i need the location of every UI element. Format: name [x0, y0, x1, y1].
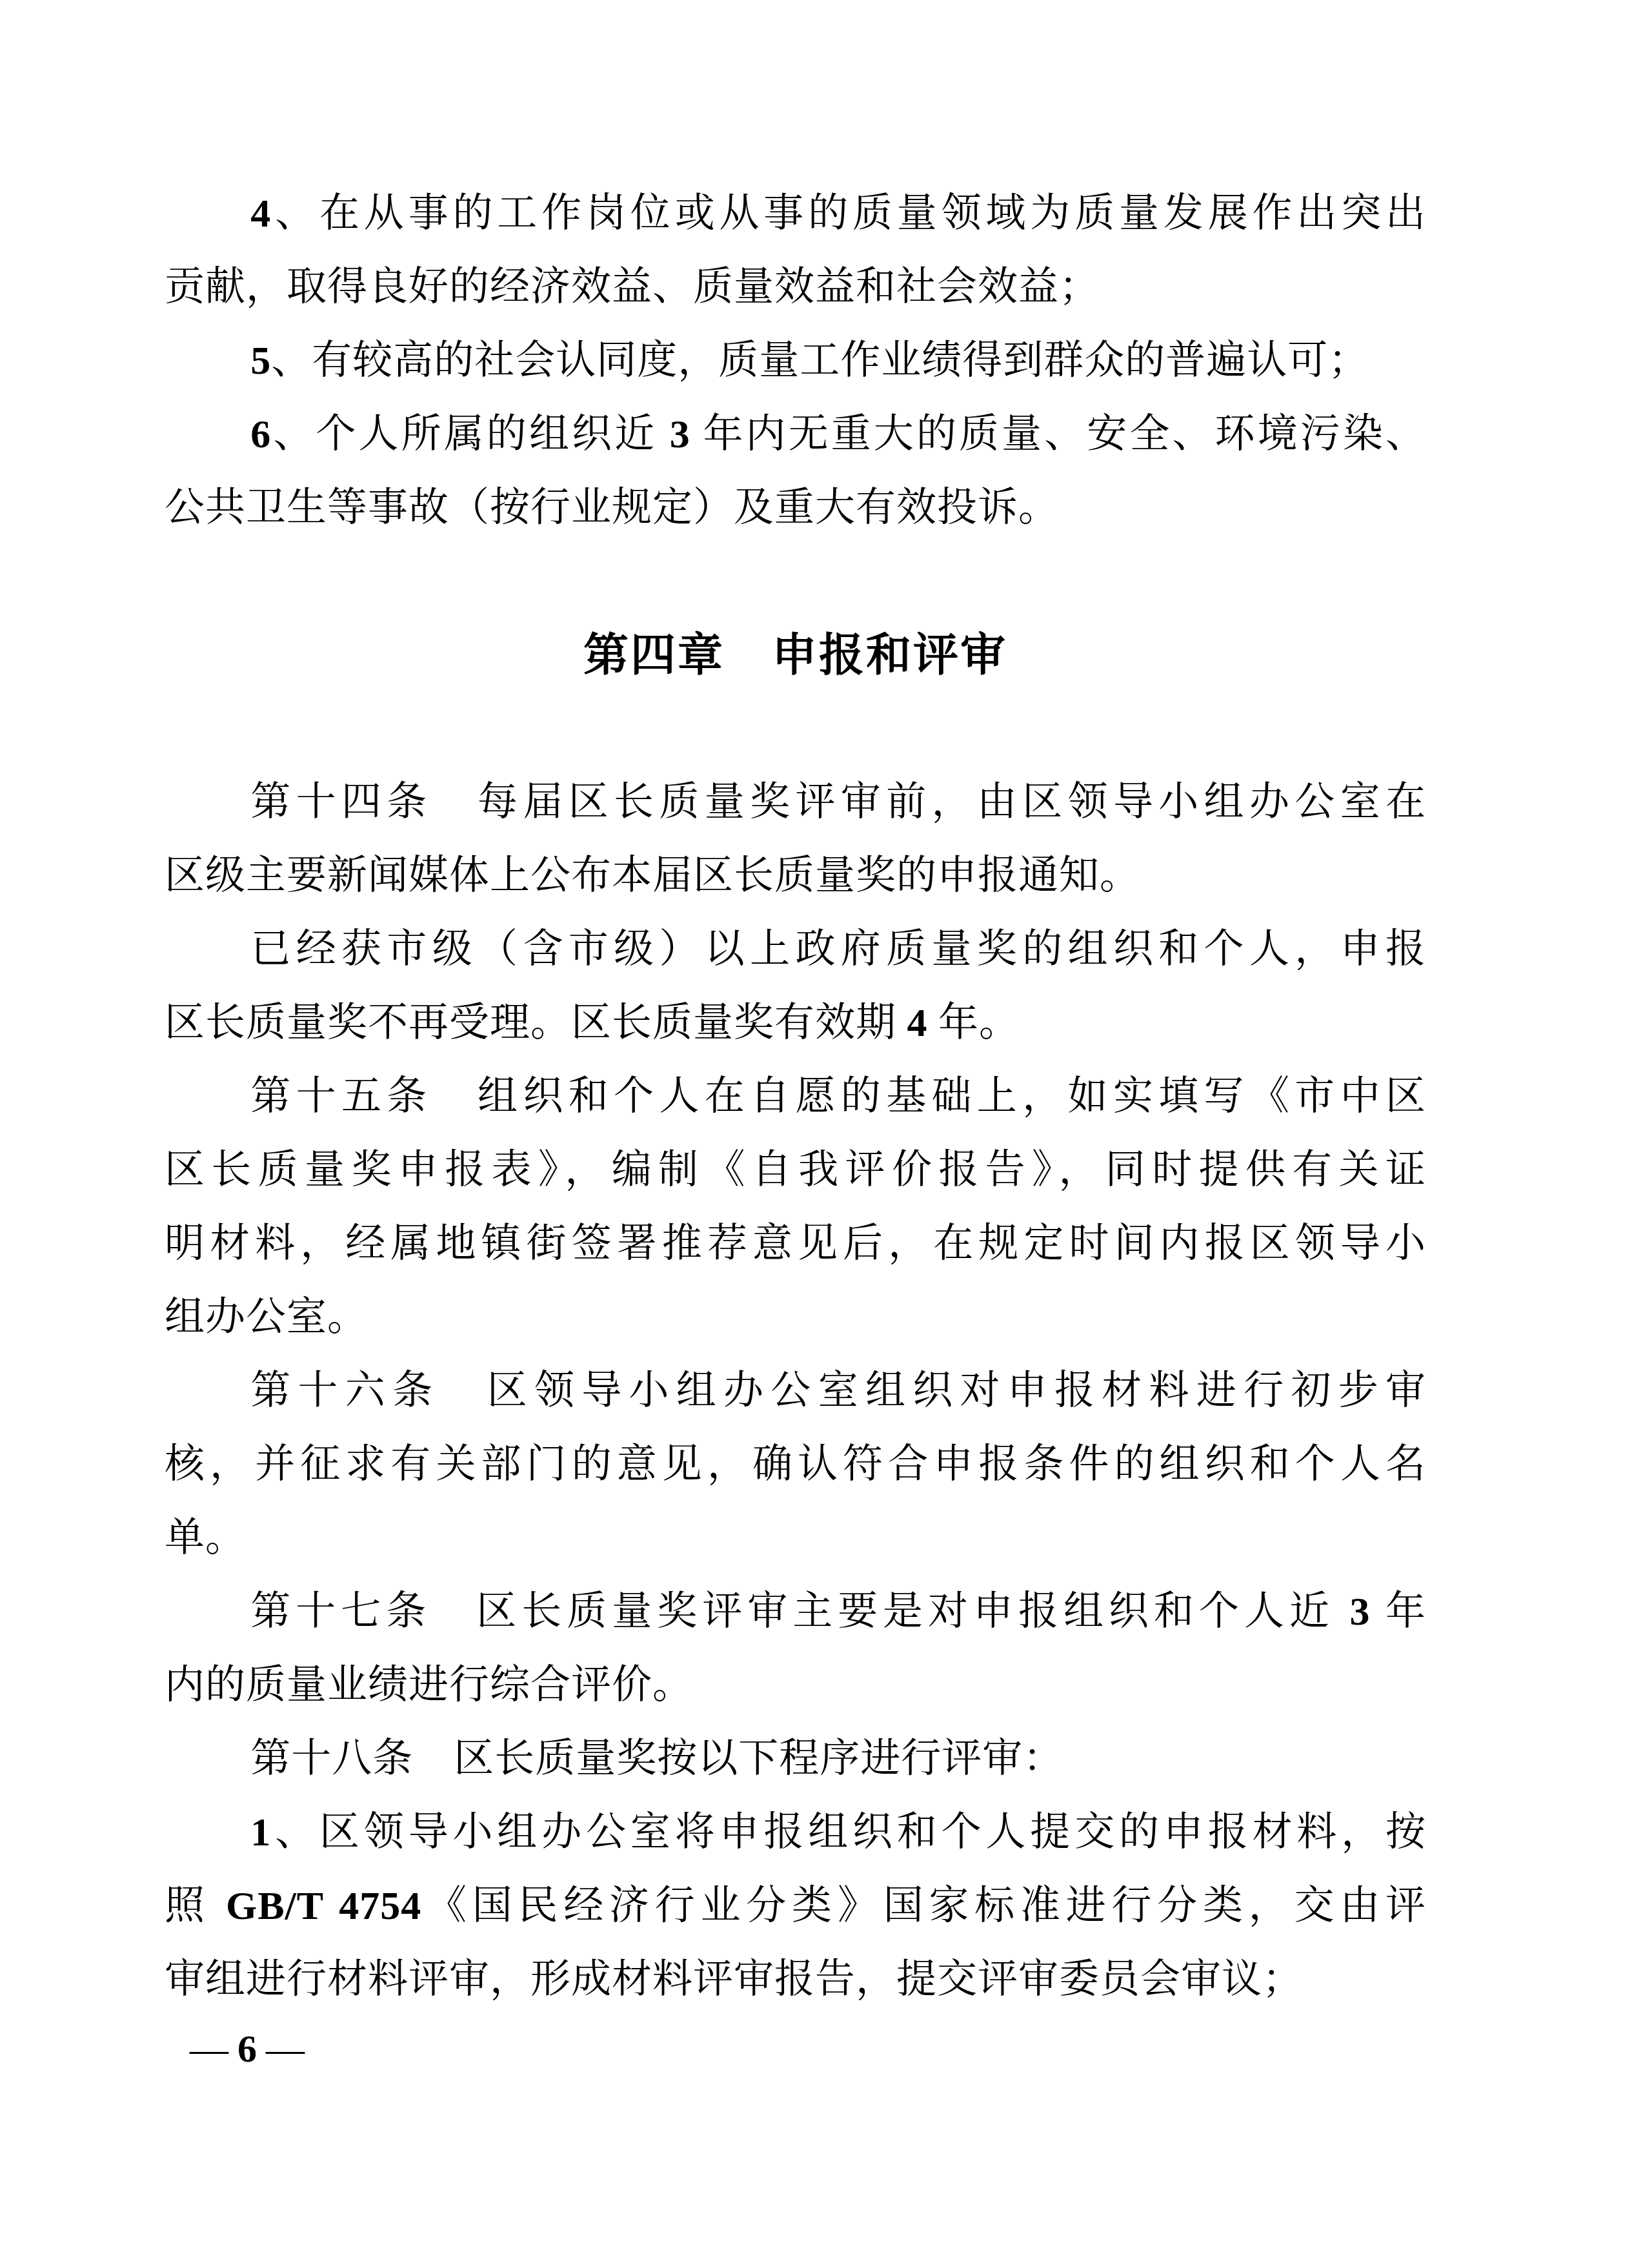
text-segment: 第十六条 区领导小组办公室组织对申报材料进行初步审	[250, 1369, 1426, 1413]
text-line: 第十八条 区长质量奖按以下程序进行评审：	[165, 1722, 1426, 1796]
chapter-heading: 第四章 申报和评审	[165, 618, 1426, 692]
text-line: 第十五条 组织和个人在自愿的基础上，如实填写《市中区	[165, 1060, 1426, 1133]
latin-number-segment: 3	[670, 412, 690, 456]
text-segment: 年内无重大的质量、安全、环境污染、	[690, 412, 1426, 456]
text-line: 6、个人所属的组织近 3 年内无重大的质量、安全、环境污染、	[165, 398, 1426, 471]
latin-number-segment: 3	[1349, 1590, 1370, 1634]
page-number-dash-right: —	[258, 2027, 314, 2070]
text-segment: 单。	[165, 1516, 246, 1560]
page-number-value: 6	[237, 2027, 258, 2070]
text-segment: 明材料，经属地镇街签署推荐意见后，在规定时间内报区领导小	[165, 1222, 1426, 1266]
text-segment: 核，并征求有关部门的意见，确认符合申报条件的组织和个人名	[165, 1443, 1426, 1487]
page-number-dash-left: —	[182, 2027, 237, 2070]
latin-number-segment: 4	[250, 192, 271, 236]
text-segment: 年。	[928, 1001, 1020, 1045]
text-segment: 、个人所属的组织近	[271, 412, 670, 456]
text-line: 区长质量奖不再受理。区长质量奖有效期 4 年。	[165, 986, 1426, 1060]
latin-number-segment: 4	[907, 1001, 928, 1045]
scanned-document: { "document": { "heading": "第四章 申报和评审", …	[0, 0, 1652, 2263]
text-segment: 第十七条 区长质量奖评审主要是对申报组织和个人近	[250, 1590, 1349, 1634]
body-section-main: 第十四条 每届区长质量奖评审前，由区领导小组办公室在区级主要新闻媒体上公布本届区…	[165, 766, 1426, 2016]
text-segment: 第十八条 区长质量奖按以下程序进行评审：	[250, 1737, 1063, 1781]
text-segment: 区长质量奖申报表》，编制《自我评价报告》，同时提供有关证	[165, 1148, 1426, 1192]
text-segment: 、有较高的社会认同度，质量工作业绩得到群众的普遍认可；	[271, 339, 1369, 383]
text-line: 区级主要新闻媒体上公布本届区长质量奖的申报通知。	[165, 839, 1426, 913]
text-line: 已经获市级（含市级）以上政府质量奖的组织和个人，申报	[165, 913, 1426, 986]
document-page: 4、在从事的工作岗位或从事的质量领域为质量发展作出突出贡献，取得良好的经济效益、…	[0, 0, 1652, 2263]
text-line: 组办公室。	[165, 1281, 1426, 1354]
text-line: 单。	[165, 1501, 1426, 1575]
text-line: 审组进行材料评审，形成材料评审报告，提交评审委员会审议；	[165, 1943, 1426, 2016]
text-segment: 贡献，取得良好的经济效益、质量效益和社会效益；	[165, 265, 1100, 309]
latin-number-segment: 5	[250, 339, 271, 383]
text-line: 公共卫生等事故（按行业规定）及重大有效投诉。	[165, 471, 1426, 545]
text-line: 贡献，取得良好的经济效益、质量效益和社会效益；	[165, 250, 1426, 324]
text-segment: 区级主要新闻媒体上公布本届区长质量奖的申报通知。	[165, 854, 1140, 898]
text-segment: 已经获市级（含市级）以上政府质量奖的组织和个人，申报	[250, 928, 1426, 971]
text-segment: 组办公室。	[165, 1295, 368, 1339]
document-body: 4、在从事的工作岗位或从事的质量领域为质量发展作出突出贡献，取得良好的经济效益、…	[165, 177, 1426, 2016]
text-line: 照 GB/T 4754《国民经济行业分类》国家标准进行分类，交由评	[165, 1869, 1426, 1943]
text-segment: 内的质量业绩进行综合评价。	[165, 1663, 693, 1707]
page-number: —6—	[182, 2025, 314, 2072]
text-line: 5、有较高的社会认同度，质量工作业绩得到群众的普遍认可；	[165, 324, 1426, 398]
text-segment: 《国民经济行业分类》国家标准进行分类，交由评	[421, 1884, 1426, 1928]
latin-number-segment: 1	[250, 1811, 271, 1854]
text-segment: 、在从事的工作岗位或从事的质量领域为质量发展作出突出	[271, 192, 1426, 236]
text-line: 区长质量奖申报表》，编制《自我评价报告》，同时提供有关证	[165, 1133, 1426, 1207]
text-segment: 年	[1370, 1590, 1426, 1634]
text-line: 内的质量业绩进行综合评价。	[165, 1649, 1426, 1722]
text-segment: 照	[165, 1884, 226, 1928]
text-segment: 第十四条 每届区长质量奖评审前，由区领导小组办公室在	[250, 780, 1426, 824]
text-line: 4、在从事的工作岗位或从事的质量领域为质量发展作出突出	[165, 177, 1426, 250]
text-line: 核，并征求有关部门的意见，确认符合申报条件的组织和个人名	[165, 1428, 1426, 1501]
latin-number-segment: 6	[250, 412, 271, 456]
text-segment: 第十五条 组织和个人在自愿的基础上，如实填写《市中区	[250, 1075, 1426, 1119]
text-segment: 审组进行材料评审，形成材料评审报告，提交评审委员会审议；	[165, 1958, 1303, 2002]
latin-number-segment: GB/T 4754	[226, 1884, 421, 1928]
body-section-top: 4、在从事的工作岗位或从事的质量领域为质量发展作出突出贡献，取得良好的经济效益、…	[165, 177, 1426, 545]
text-line: 1、区领导小组办公室将申报组织和个人提交的申报材料，按	[165, 1796, 1426, 1869]
text-line: 第十七条 区长质量奖评审主要是对申报组织和个人近 3 年	[165, 1575, 1426, 1649]
text-line: 第十六条 区领导小组办公室组织对申报材料进行初步审	[165, 1354, 1426, 1428]
text-line: 明材料，经属地镇街签署推荐意见后，在规定时间内报区领导小	[165, 1207, 1426, 1281]
text-segment: 、区领导小组办公室将申报组织和个人提交的申报材料，按	[271, 1811, 1426, 1854]
text-segment: 公共卫生等事故（按行业规定）及重大有效投诉。	[165, 486, 1059, 530]
text-line: 第十四条 每届区长质量奖评审前，由区领导小组办公室在	[165, 766, 1426, 839]
text-segment: 区长质量奖不再受理。区长质量奖有效期	[165, 1001, 907, 1045]
